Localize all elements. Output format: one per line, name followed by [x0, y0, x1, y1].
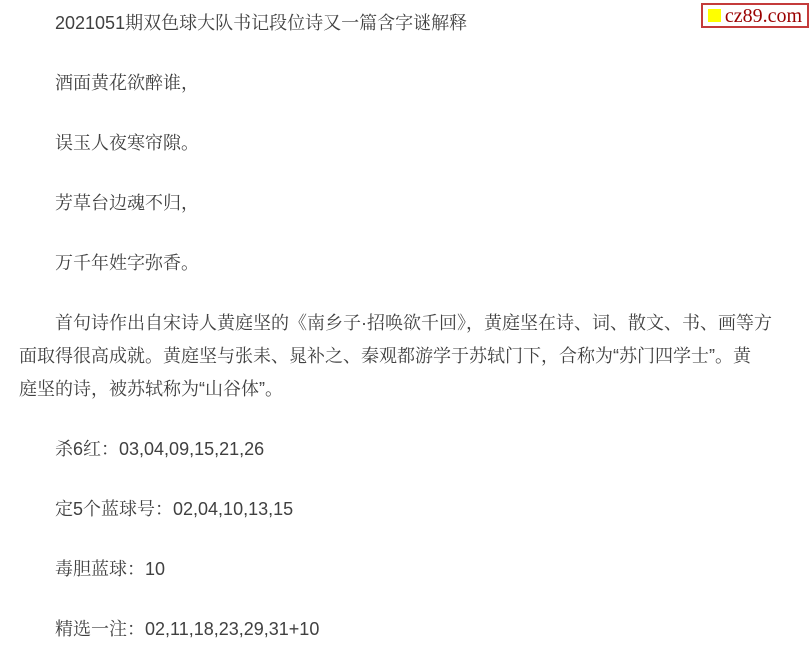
- prediction-selected-ticket: 精选一注：02,11,18,23,29,31+10: [19, 613, 793, 646]
- poem-line-2: 误玉人夜寒帘隙。: [19, 127, 793, 160]
- article-body: 2021051期双色球大队书记段位诗又一篇含字谜解释 酒面黄花欲醉谁， 误玉人夜…: [0, 0, 812, 646]
- poem-line-4: 万千年姓字弥香。: [19, 247, 793, 280]
- poem-line-3: 芳草台边魂不归，: [19, 187, 793, 220]
- logo-yellow-square-icon: [708, 9, 721, 22]
- poem-line-1: 酒面黄花欲醉谁，: [19, 67, 793, 100]
- prediction-kill-6-red: 杀6红：03,04,09,15,21,26: [19, 433, 793, 466]
- analysis-line-3: 庭坚的诗，被苏轼称为“山谷体”。: [19, 373, 793, 406]
- prediction-5-blue-balls: 定5个蓝球号：02,04,10,13,15: [19, 493, 793, 526]
- analysis-line-1: 首句诗作出自宋诗人黄庭坚的《南乡子·招唤欲千回》，黄庭坚在诗、词、散文、书、画等…: [19, 307, 793, 340]
- analysis-line-2: 面取得很高成就。黄庭坚与张耒、晁补之、秦观都游学于苏轼门下，合称为“苏门四学士”…: [19, 340, 793, 373]
- article-title: 2021051期双色球大队书记段位诗又一篇含字谜解释: [19, 7, 793, 40]
- logo-text: cz89.com: [725, 6, 802, 26]
- site-logo[interactable]: cz89.com: [701, 3, 809, 28]
- analysis-paragraph: 首句诗作出自宋诗人黄庭坚的《南乡子·招唤欲千回》，黄庭坚在诗、词、散文、书、画等…: [19, 307, 793, 406]
- prediction-sure-blue-ball: 毒胆蓝球：10: [19, 553, 793, 586]
